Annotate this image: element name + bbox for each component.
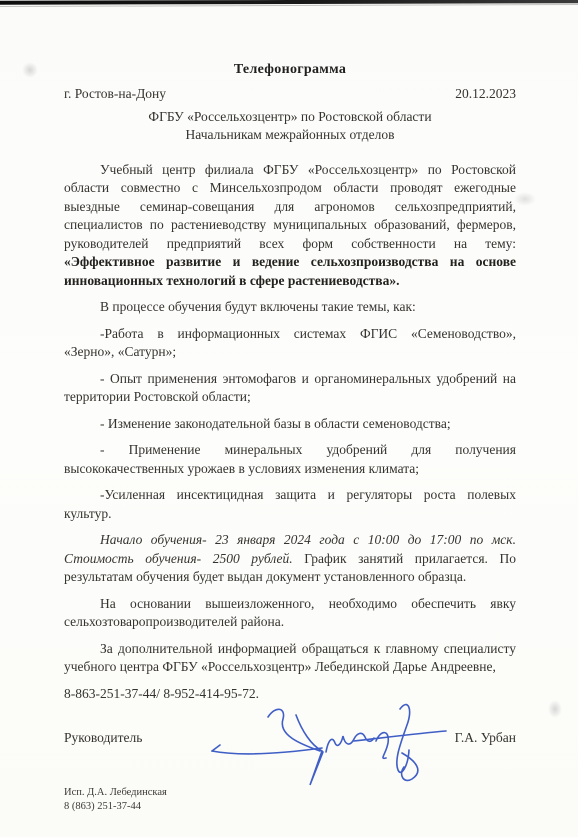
intro-text: Учебный центр филиала ФГБУ «Россельхозце… [64, 162, 516, 251]
seminar-theme-text: «Эффективное развитие и ведение сельхозп… [64, 254, 516, 288]
topic-item-4: - Применение минеральных удобрений для п… [64, 441, 516, 478]
addressee-block: ФГБУ «Россельхозцентр» по Ростовской обл… [64, 108, 516, 145]
handwritten-signature [204, 695, 454, 791]
signer-role-label: Руководитель [64, 729, 142, 748]
signer-name-label: Г.А. Урбан [455, 729, 516, 748]
footer-block: Исп. Д.А. Лебединская 8 (863) 251-37-44 [64, 786, 167, 814]
contact-paragraph: За дополнительной информацией обращаться… [64, 640, 516, 677]
scan-smudge [514, 192, 536, 206]
scan-smudge [548, 700, 562, 718]
topic-item-2: - Опыт применения энтомофагов и органоми… [64, 370, 516, 407]
topic-item-5: -Усиленная инсектицидная защита и регуля… [64, 486, 516, 523]
document-title: Телефонограмма [64, 60, 516, 79]
city-label: г. Ростов-на-Дону [64, 85, 166, 104]
intro-paragraph: Учебный центр филиала ФГБУ «Россельхозце… [64, 161, 516, 291]
topic-item-1: -Работа в информационных системах ФГИС «… [64, 325, 516, 362]
executor-phone: 8 (863) 251-37-44 [64, 800, 167, 814]
attendance-paragraph: На основании вышеизложенного, необходимо… [64, 595, 516, 632]
date-label: 20.12.2023 [455, 85, 516, 104]
document-page: Телефонограмма г. Ростов-на-Дону 20.12.2… [0, 0, 578, 837]
executor-label: Исп. Д.А. Лебединская [64, 786, 167, 800]
addressee-recipients: Начальникам межрайонных отделов [64, 126, 516, 145]
topics-intro: В процессе обучения будут включены такие… [64, 298, 516, 317]
city-date-row: г. Ростов-на-Дону 20.12.2023 [64, 85, 516, 104]
addressee-organization: ФГБУ «Россельхозцентр» по Ростовской обл… [64, 108, 516, 127]
signature-row: Руководитель Г.А. Урбан [64, 729, 516, 748]
scan-smudge [22, 62, 38, 78]
schedule-paragraph: Начало обучения- 23 января 2024 года с 1… [64, 531, 516, 587]
topic-item-3: - Изменение законодательной базы в облас… [64, 415, 516, 434]
